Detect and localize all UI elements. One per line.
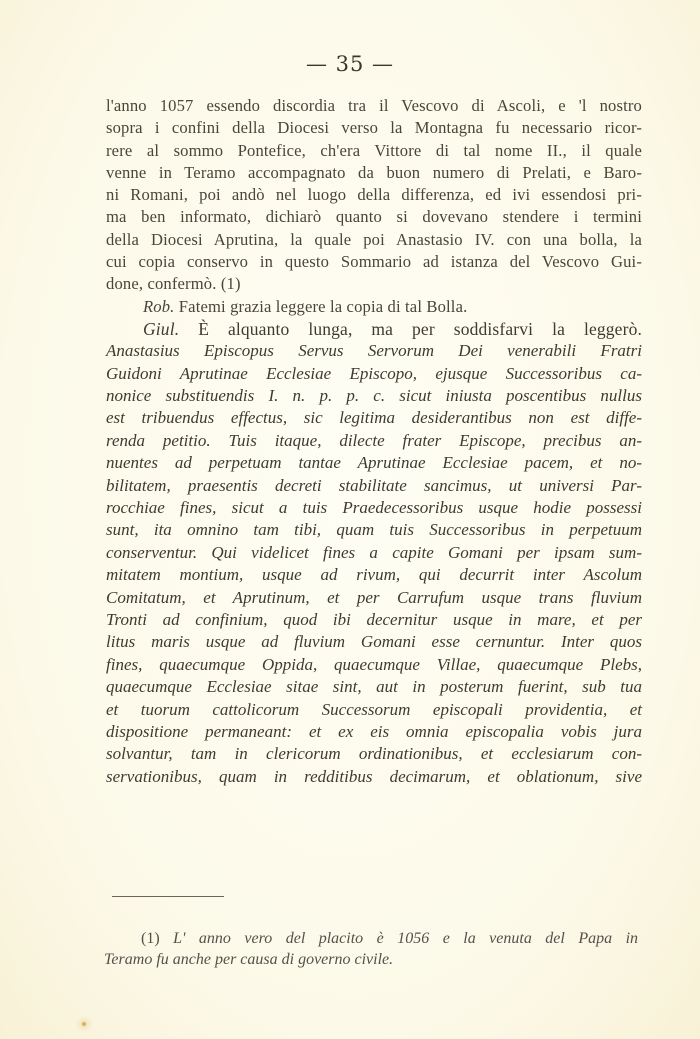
latin-line: et tuorum cattolicorum Successorum episc… <box>106 699 642 721</box>
dialogue-text: È alquanto lunga, ma per soddisfarvi la … <box>198 319 642 339</box>
text-line: rere al sommo Pontefice, ch'era Vittore … <box>106 140 642 162</box>
text-line: sopra i confini della Diocesi verso la M… <box>106 117 642 139</box>
text-line: della Diocesi Aprutina, la quale poi Ana… <box>106 229 642 251</box>
latin-line: bilitatem, praesentis decreti stabilitat… <box>106 475 642 497</box>
text-line: ma ben informato, dichiarò quanto si dov… <box>106 206 642 228</box>
latin-line: quaecumque Ecclesiae sitae sint, aut in … <box>106 676 642 698</box>
dialogue-line-rob: Rob. Fatemi grazia leggere la copia di t… <box>106 296 642 318</box>
latin-line: nonice substituendis I. n. p. p. c. sicu… <box>106 385 642 407</box>
page-number: — 35 — <box>0 52 700 76</box>
latin-line: mitatem montium, usque ad rivum, qui dec… <box>106 564 642 586</box>
dialogue-line-giul: Giul. È alquanto lunga, ma per soddisfar… <box>106 318 642 340</box>
text-line: cui copia conservo in questo Sommario ad… <box>106 251 642 273</box>
latin-line: litus maris usque ad fluvium Gomani esse… <box>106 631 642 653</box>
latin-line: sunt, ita omnino tam tibi, quam tuis Suc… <box>106 519 642 541</box>
footnote-text: L' anno vero del placito è 1056 e la ven… <box>173 930 638 947</box>
latin-line: Guidoni Aprutinae Ecclesiae Episcopo, ej… <box>106 363 642 385</box>
footnote-line: Teramo fu anche per causa di governo civ… <box>104 949 638 970</box>
latin-line: solvantur, tam in clericorum ordinationi… <box>106 743 642 765</box>
footnote-marker: (1) <box>141 930 160 947</box>
main-text-block: l'anno 1057 essendo discordia tra il Ves… <box>106 95 642 788</box>
latin-line: servationibus, quam in redditibus decima… <box>106 766 642 788</box>
latin-line: rocchiae fines, sicut a tuis Praedecesso… <box>106 497 642 519</box>
paper-stain <box>82 1022 86 1026</box>
latin-line: fines, quaecumque Oppida, quaecumque Vil… <box>106 654 642 676</box>
text-line: ni Romani, poi andò nel luogo della diff… <box>106 184 642 206</box>
latin-line: renda petitio. Tuis itaque, dilecte frat… <box>106 430 642 452</box>
dialogue-text: Fatemi grazia leggere la copia di tal Bo… <box>179 297 468 316</box>
latin-line: conserventur. Qui videlicet fines a capi… <box>106 542 642 564</box>
latin-line: dispositione permaneant: et ex eis omnia… <box>106 721 642 743</box>
latin-line: est tribuendus effectus, sic legitima de… <box>106 407 642 429</box>
scanned-page: — 35 — l'anno 1057 essendo discordia tra… <box>0 0 700 1039</box>
latin-line: nuentes ad perpetuam tantae Aprutinae Ec… <box>106 452 642 474</box>
latin-line: Anastasius Episcopus Servus Servorum Dei… <box>106 340 642 362</box>
footnote-line: (1) L' anno vero del placito è 1056 e la… <box>104 928 638 949</box>
latin-line: Tronti ad confinium, quod ibi decernitur… <box>106 609 642 631</box>
text-line: venne in Teramo accompagnato da buon num… <box>106 162 642 184</box>
speaker-label: Giul. <box>143 319 179 339</box>
footnote: (1) L' anno vero del placito è 1056 e la… <box>104 928 638 970</box>
text-line: l'anno 1057 essendo discordia tra il Ves… <box>106 95 642 117</box>
latin-line: Comitatum, et Aprutinum, et per Carrufum… <box>106 587 642 609</box>
footnote-divider <box>112 896 224 897</box>
text-line: done, confermò. (1) <box>106 273 642 295</box>
speaker-label: Rob. <box>143 297 174 316</box>
